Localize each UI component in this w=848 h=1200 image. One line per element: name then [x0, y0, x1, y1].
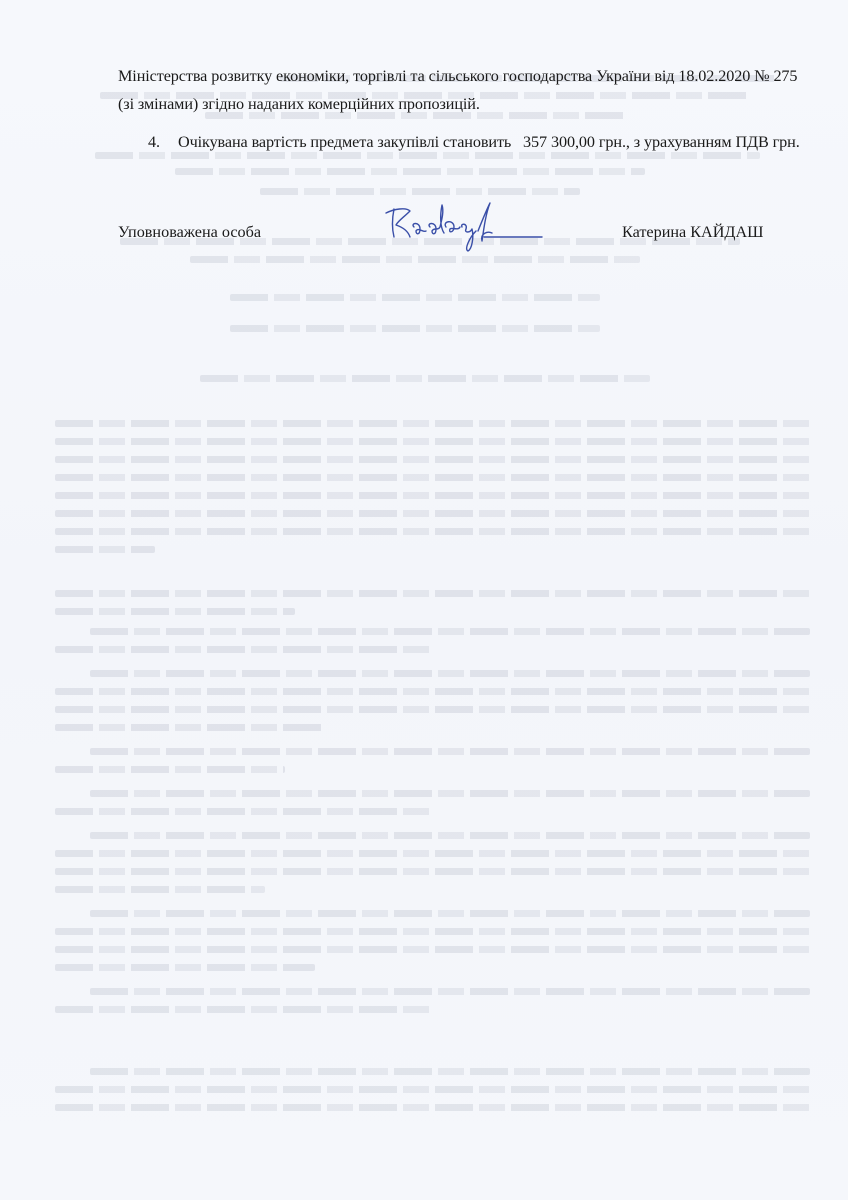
authorized-person-label: Уповноважена особа	[118, 223, 261, 242]
item-number: 4.	[148, 128, 178, 156]
document-page: Міністерства розвитку економіки, торгівл…	[0, 0, 848, 1200]
handwritten-signature-icon	[380, 197, 550, 257]
paragraph-ministry-order: Міністерства розвитку економіки, торгівл…	[118, 62, 808, 118]
item-text-after-amount: грн., з урахуванням ПДВ грн.	[599, 133, 800, 151]
item-text-before-amount: Очікувана вартість предмета закупівлі ст…	[178, 133, 511, 151]
authorized-person-name: Катерина КАЙДАШ	[622, 223, 764, 242]
item-4-expected-cost: 4.Очікувана вартість предмета закупівлі …	[118, 128, 808, 156]
expected-cost-amount: 357 300,00	[523, 133, 595, 151]
document-content: Міністерства розвитку економіки, торгівл…	[0, 0, 848, 1200]
signature-block: Уповноважена особа Катерина КАЙДАШ	[118, 219, 808, 251]
